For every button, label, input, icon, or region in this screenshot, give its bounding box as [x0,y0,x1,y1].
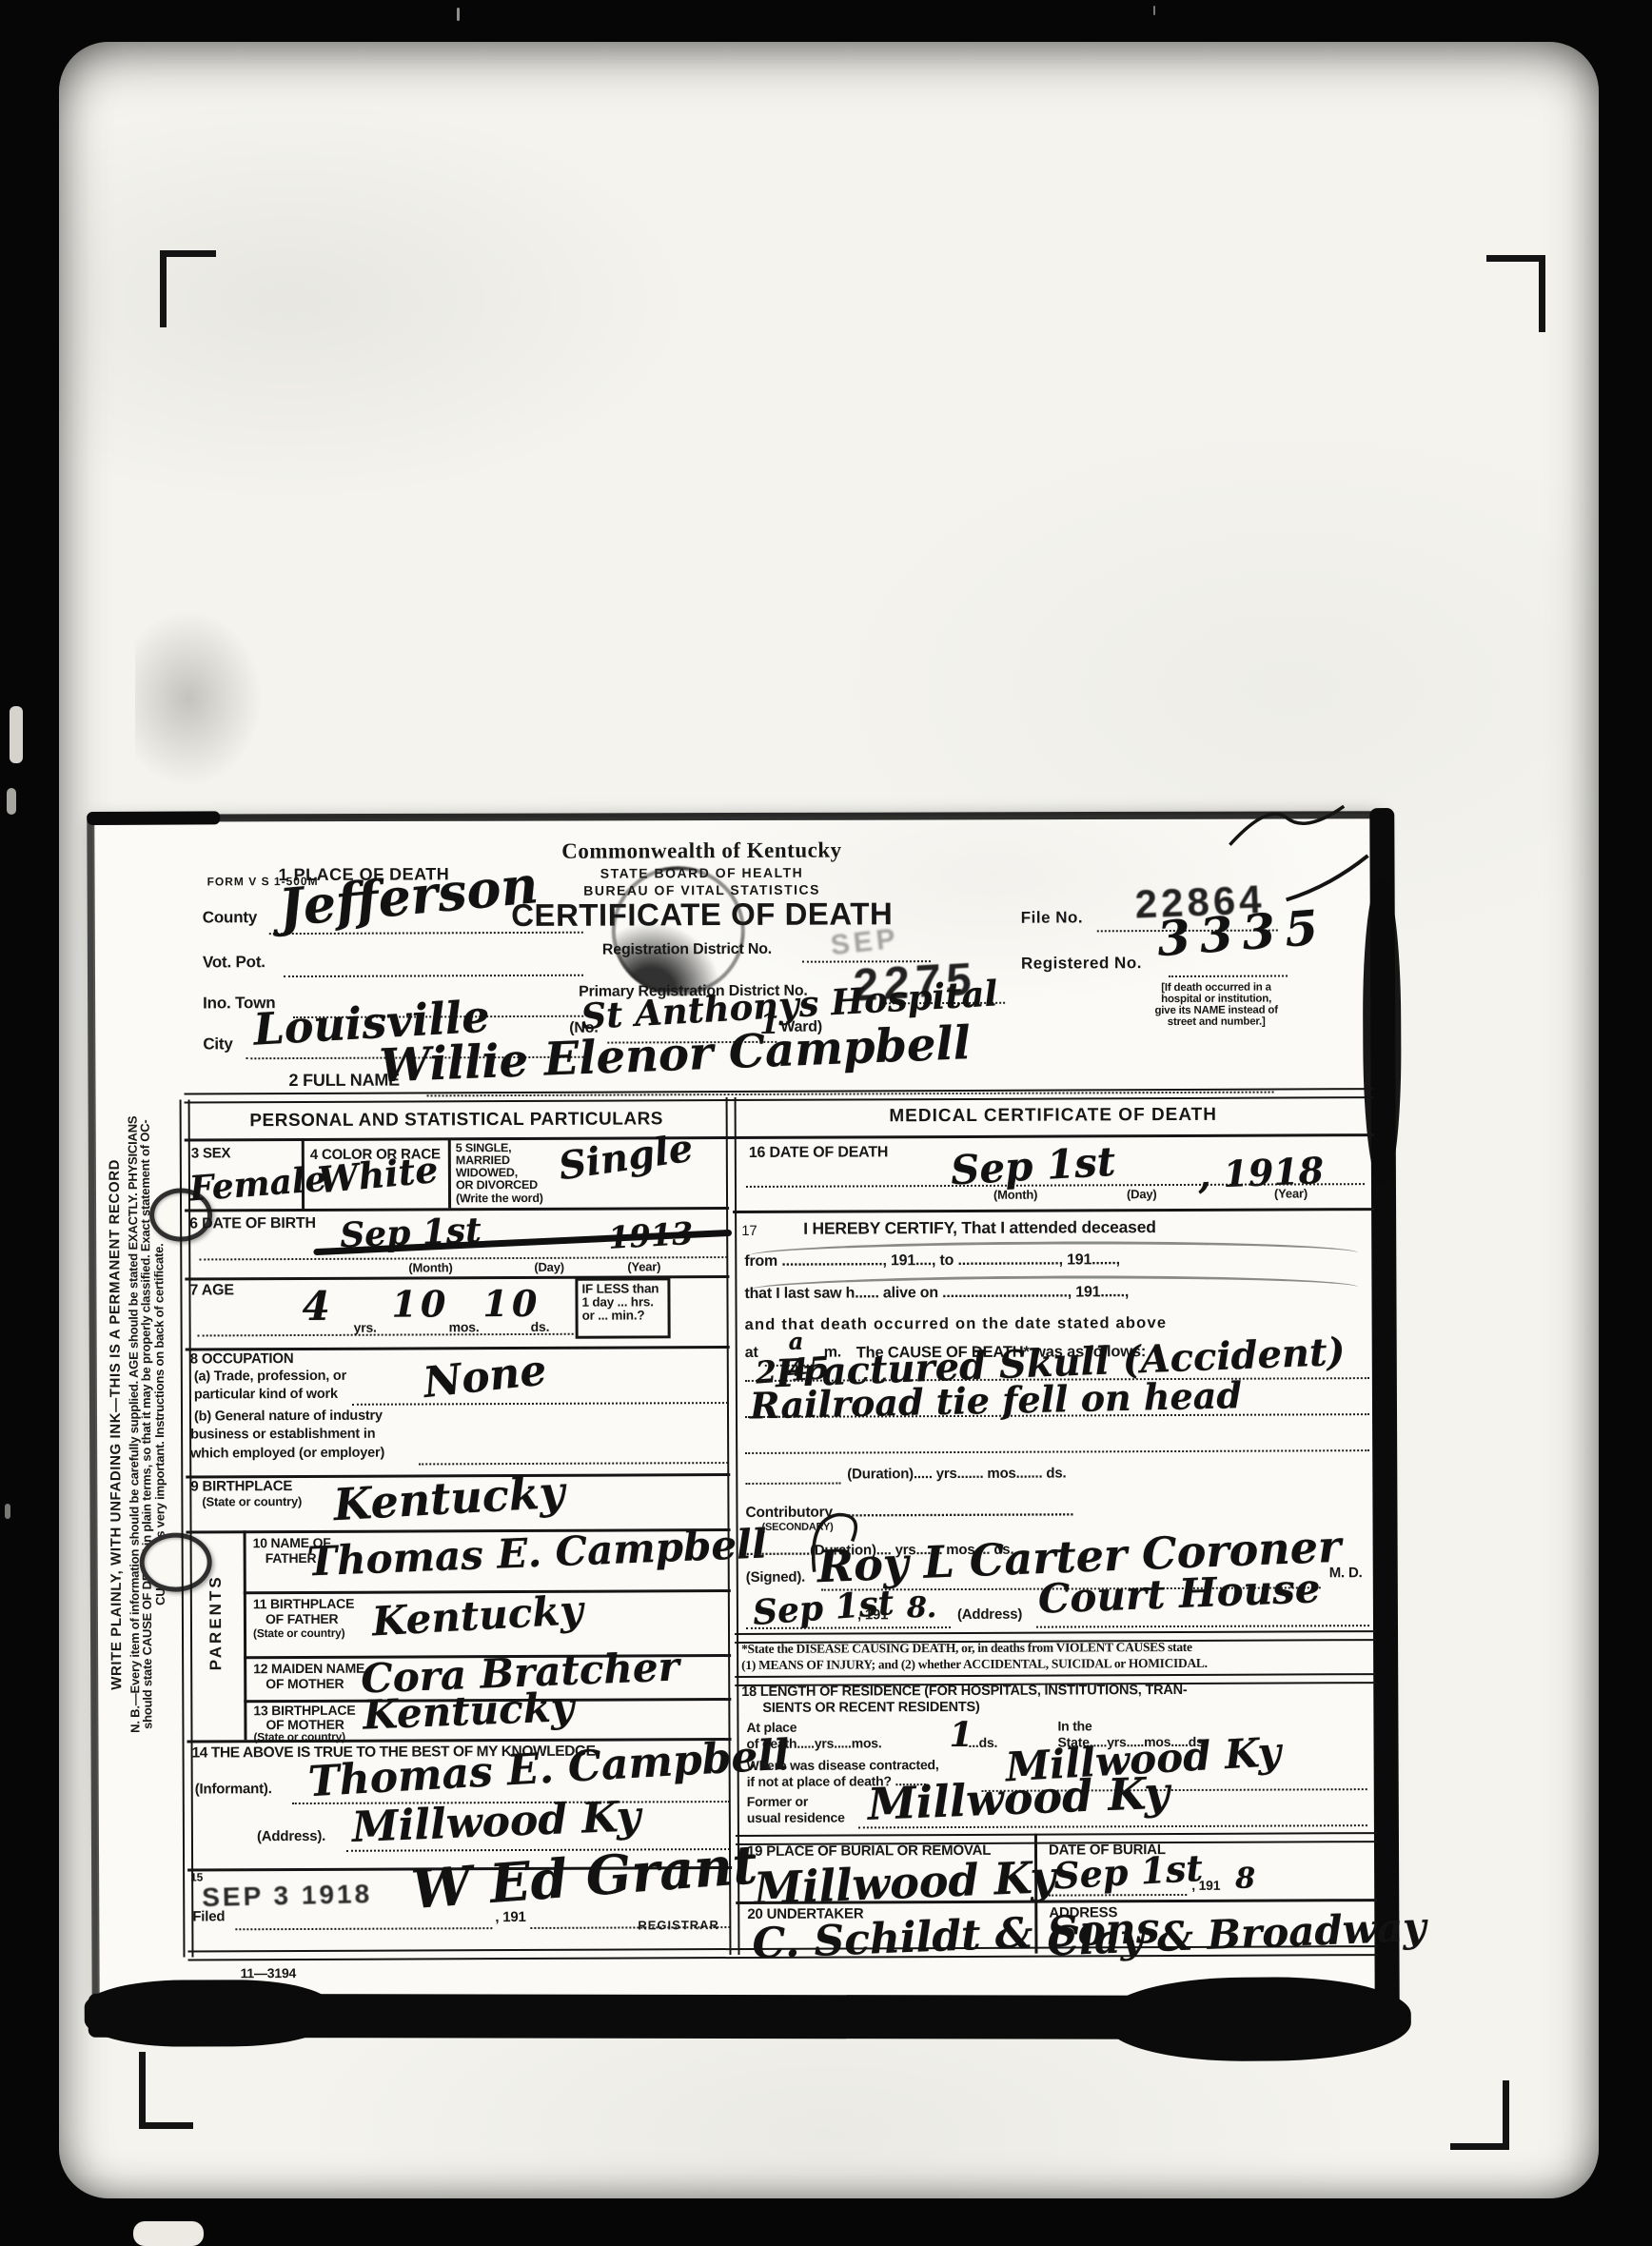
registered-no-label: Registered No. [1021,955,1142,972]
occupation-a-line1: (a) Trade, profession, or [194,1369,346,1385]
burial-date-value: Sep 1st [1052,1850,1204,1895]
crop-mark-top-left [160,250,216,327]
if-less-box: IF LESS than 1 day ... hrs. or ... min.? [575,1277,670,1338]
age-months-value: 10 [391,1286,449,1322]
age-years-value: 4 [302,1287,329,1327]
at-place-label-line1: At place [746,1721,796,1735]
dob-caption-day: (Day) [534,1261,564,1274]
death-certificate: WRITE PLAINLY, WITH UNFADING INK—THIS IS… [92,814,1384,2009]
signed-year-hw: 8. [907,1594,936,1623]
signed-year-prefix: , 191 [857,1607,888,1623]
in-the-label: In the [1057,1719,1091,1733]
commonwealth-heading: Commonwealth of Kentucky [511,838,892,863]
certify-died-line: and that death occurred on the date stat… [745,1315,1168,1333]
punch-hole [140,1532,212,1591]
dob-caption-month: (Month) [408,1261,452,1274]
sex-value: Female [188,1162,328,1207]
mother-birthplace-label-line1: 13 BIRTHPLACE [253,1704,355,1718]
dotted-line [745,1483,840,1485]
cert-edge-top-left-blob [87,811,220,825]
cert-edge-right-blob [1363,880,1402,1185]
md-label: M. D. [1329,1566,1363,1581]
certify-heading: I HEREBY CERTIFY, That I attended deceas… [803,1218,1156,1237]
film-speck [10,706,23,763]
marital-label-line: (Write the word) [456,1192,543,1205]
father-birthplace-label-line3: (State or country) [253,1627,344,1640]
former-label-line2: usual residence [747,1811,845,1825]
age-years-unit: yrs. [354,1321,377,1335]
cell-divider [448,1139,451,1208]
cert-edge-left [87,816,99,2015]
cert-edge-bottom-right-blob [1107,1977,1411,2061]
at-place-label-line2: of death.....yrs.....mos. [746,1736,881,1750]
burial-date-year-hw: 8 [1235,1865,1255,1894]
registration-district-label: Registration District No. [602,942,772,959]
sex-label: 3 SEX [191,1146,231,1161]
film-speck [5,1504,10,1519]
vot-pot-label: Vot. Pot. [203,954,265,971]
residence-heading-line1: 18 LENGTH OF RESIDENCE (FOR HOSPITALS, I… [741,1684,1187,1700]
plate-number: 11—3194 [241,1966,297,1980]
dod-caption-year: (Year) [1274,1187,1308,1200]
microfilm-background: WRITE PLAINLY, WITH UNFADING INK—THIS IS… [0,0,1652,2246]
residence-heading-line2: SIENTS OR RECENT RESIDENTS) [762,1701,979,1716]
ward-value: 1 [759,1011,779,1039]
mother-birthplace-value: Kentucky [363,1687,575,1736]
former-value: Millwood Ky [867,1771,1170,1826]
hospital-note-line: street and number.] [1126,1016,1307,1029]
rule [185,1088,1374,1103]
marital-label-line: OR DIVORCED [456,1179,543,1192]
birthplace-sub-label: (State or country) [202,1495,302,1508]
film-bottom-blob [133,2221,204,2246]
duration1-label: (Duration)..... yrs....... mos....... ds… [847,1466,1066,1482]
county-label: County [203,909,257,926]
margin-instructions: WRITE PLAINLY, WITH UNFADING INK—THIS IS… [106,857,168,1992]
signed-label: (Signed). [746,1570,805,1586]
if-less-line: or ... min.? [582,1310,668,1324]
scanned-page: WRITE PLAINLY, WITH UNFADING INK—THIS IS… [59,42,1599,2198]
page-smudge [135,603,268,794]
personal-title: PERSONAL AND STATISTICAL PARTICULARS [185,1110,729,1131]
hospital-note-line: hospital or institution, [1126,993,1307,1005]
margin-warning: WRITE PLAINLY, WITH UNFADING INK—THIS IS… [106,857,126,1992]
round-receiving-stamp [612,866,746,996]
medical-title: MEDICAL CERTIFICATE OF DEATH [733,1105,1374,1127]
father-birthplace-label-line2: OF FATHER [265,1612,339,1626]
dotted-line [235,1927,492,1930]
dotted-line [1169,975,1288,977]
pen-mark [1282,852,1372,904]
dotted-line [1036,1625,1369,1628]
former-label-line1: Former or [747,1795,808,1809]
parents-cell-divider [244,1530,247,1740]
at-place-label-line3: ...ds. [968,1736,997,1750]
dod-caption-day: (Day) [1127,1188,1157,1201]
dotted-line [352,1402,728,1406]
dob-label: 6 DATE OF BIRTH [189,1216,316,1232]
cert-edge-top [92,811,1379,822]
father-birthplace-label-line1: 11 BIRTHPLACE [253,1597,354,1611]
violent-cause-note-line2: (1) MEANS OF INJURY; and (2) whether ACC… [741,1657,1208,1672]
crop-mark-top-right [1486,255,1545,332]
informant-label: (Informant). [195,1782,272,1797]
city-label: City [203,1035,232,1053]
rule [185,1133,1374,1141]
file-no-label: File No. [1021,909,1083,926]
birthplace-value: Kentucky [332,1469,565,1527]
occupation-b-line1: (b) General nature of industry [194,1409,383,1425]
contracted-label-line1: Where was disease contracted, [747,1758,939,1773]
parents-label: PARENTS [207,1594,225,1670]
dod-label: 16 DATE OF DEATH [749,1145,889,1161]
informant-address-value: Millwood Ky [351,1796,641,1849]
time-sup-value: a [789,1330,804,1353]
dotted-line [284,975,583,977]
cause-line2-value: Railroad tie fell on head [750,1377,1243,1424]
informant-address-label: (Address). [257,1829,325,1844]
birthplace-label: 9 BIRTHPLACE [190,1479,292,1494]
ward-label: Ward) [780,1020,822,1036]
filed-date-stamp: SEP 3 1918 [202,1879,373,1913]
dotted-line [198,1333,574,1337]
mother-maiden-label-line1: 12 MAIDEN NAME [253,1662,364,1676]
marital-label: 5 SINGLE, MARRIED WIDOWED, OR DIVORCED (… [456,1142,543,1205]
dotted-line [746,1626,951,1629]
burial-date-year-prefix: , 191 [1191,1879,1220,1893]
hospital-note-line: give its NAME instead of [1126,1005,1307,1017]
certify-number: 17 [741,1224,757,1239]
occupation-a-line2: particular kind of work [194,1388,338,1403]
occupation-label: 8 OCCUPATION [190,1351,294,1367]
father-birthplace-value: Kentucky [371,1590,584,1643]
race-value: White [316,1152,439,1198]
rule [733,1208,1374,1213]
crop-mark-bottom-right [1450,2080,1509,2150]
dod-caption-month: (Month) [993,1189,1037,1202]
film-speck [1153,6,1155,15]
age-days-value: 10 [482,1286,541,1322]
age-label: 7 AGE [189,1283,234,1299]
registered-no-value: 3335 [1155,903,1328,963]
dob-caption-year: (Year) [627,1260,660,1273]
signed-address-label: (Address) [957,1607,1022,1623]
occupation-value: None [422,1350,549,1405]
signed-address-value: Court House [1037,1568,1321,1620]
registration-district-stamp: SEP [829,923,900,963]
occupation-b-line2: business or establishment in [190,1428,375,1443]
mother-maiden-label-line2: OF MOTHER [265,1677,344,1691]
dotted-line [419,1462,728,1465]
dotted-line [745,1449,1369,1454]
film-speck [457,8,460,21]
age-days-unit: ds. [531,1320,550,1334]
father-name-value: Thomas E. Campbell [306,1524,768,1582]
age-months-unit: mos. [449,1320,480,1334]
hospital-note-line: [If death occurred in a [1126,981,1307,994]
occupation-b-line3: which employed (or employer) [190,1447,384,1462]
violent-cause-note-line1: *State the DISEASE CAUSING DEATH, or, in… [741,1641,1192,1656]
pen-mark [1225,798,1348,857]
crop-mark-bottom-left [139,2052,193,2129]
registrar-label: REGISTRAR [638,1919,719,1932]
hospital-note: [If death occurred in a hospital or inst… [1126,981,1307,1028]
dotted-line [1049,1894,1187,1897]
film-speck [7,788,16,815]
